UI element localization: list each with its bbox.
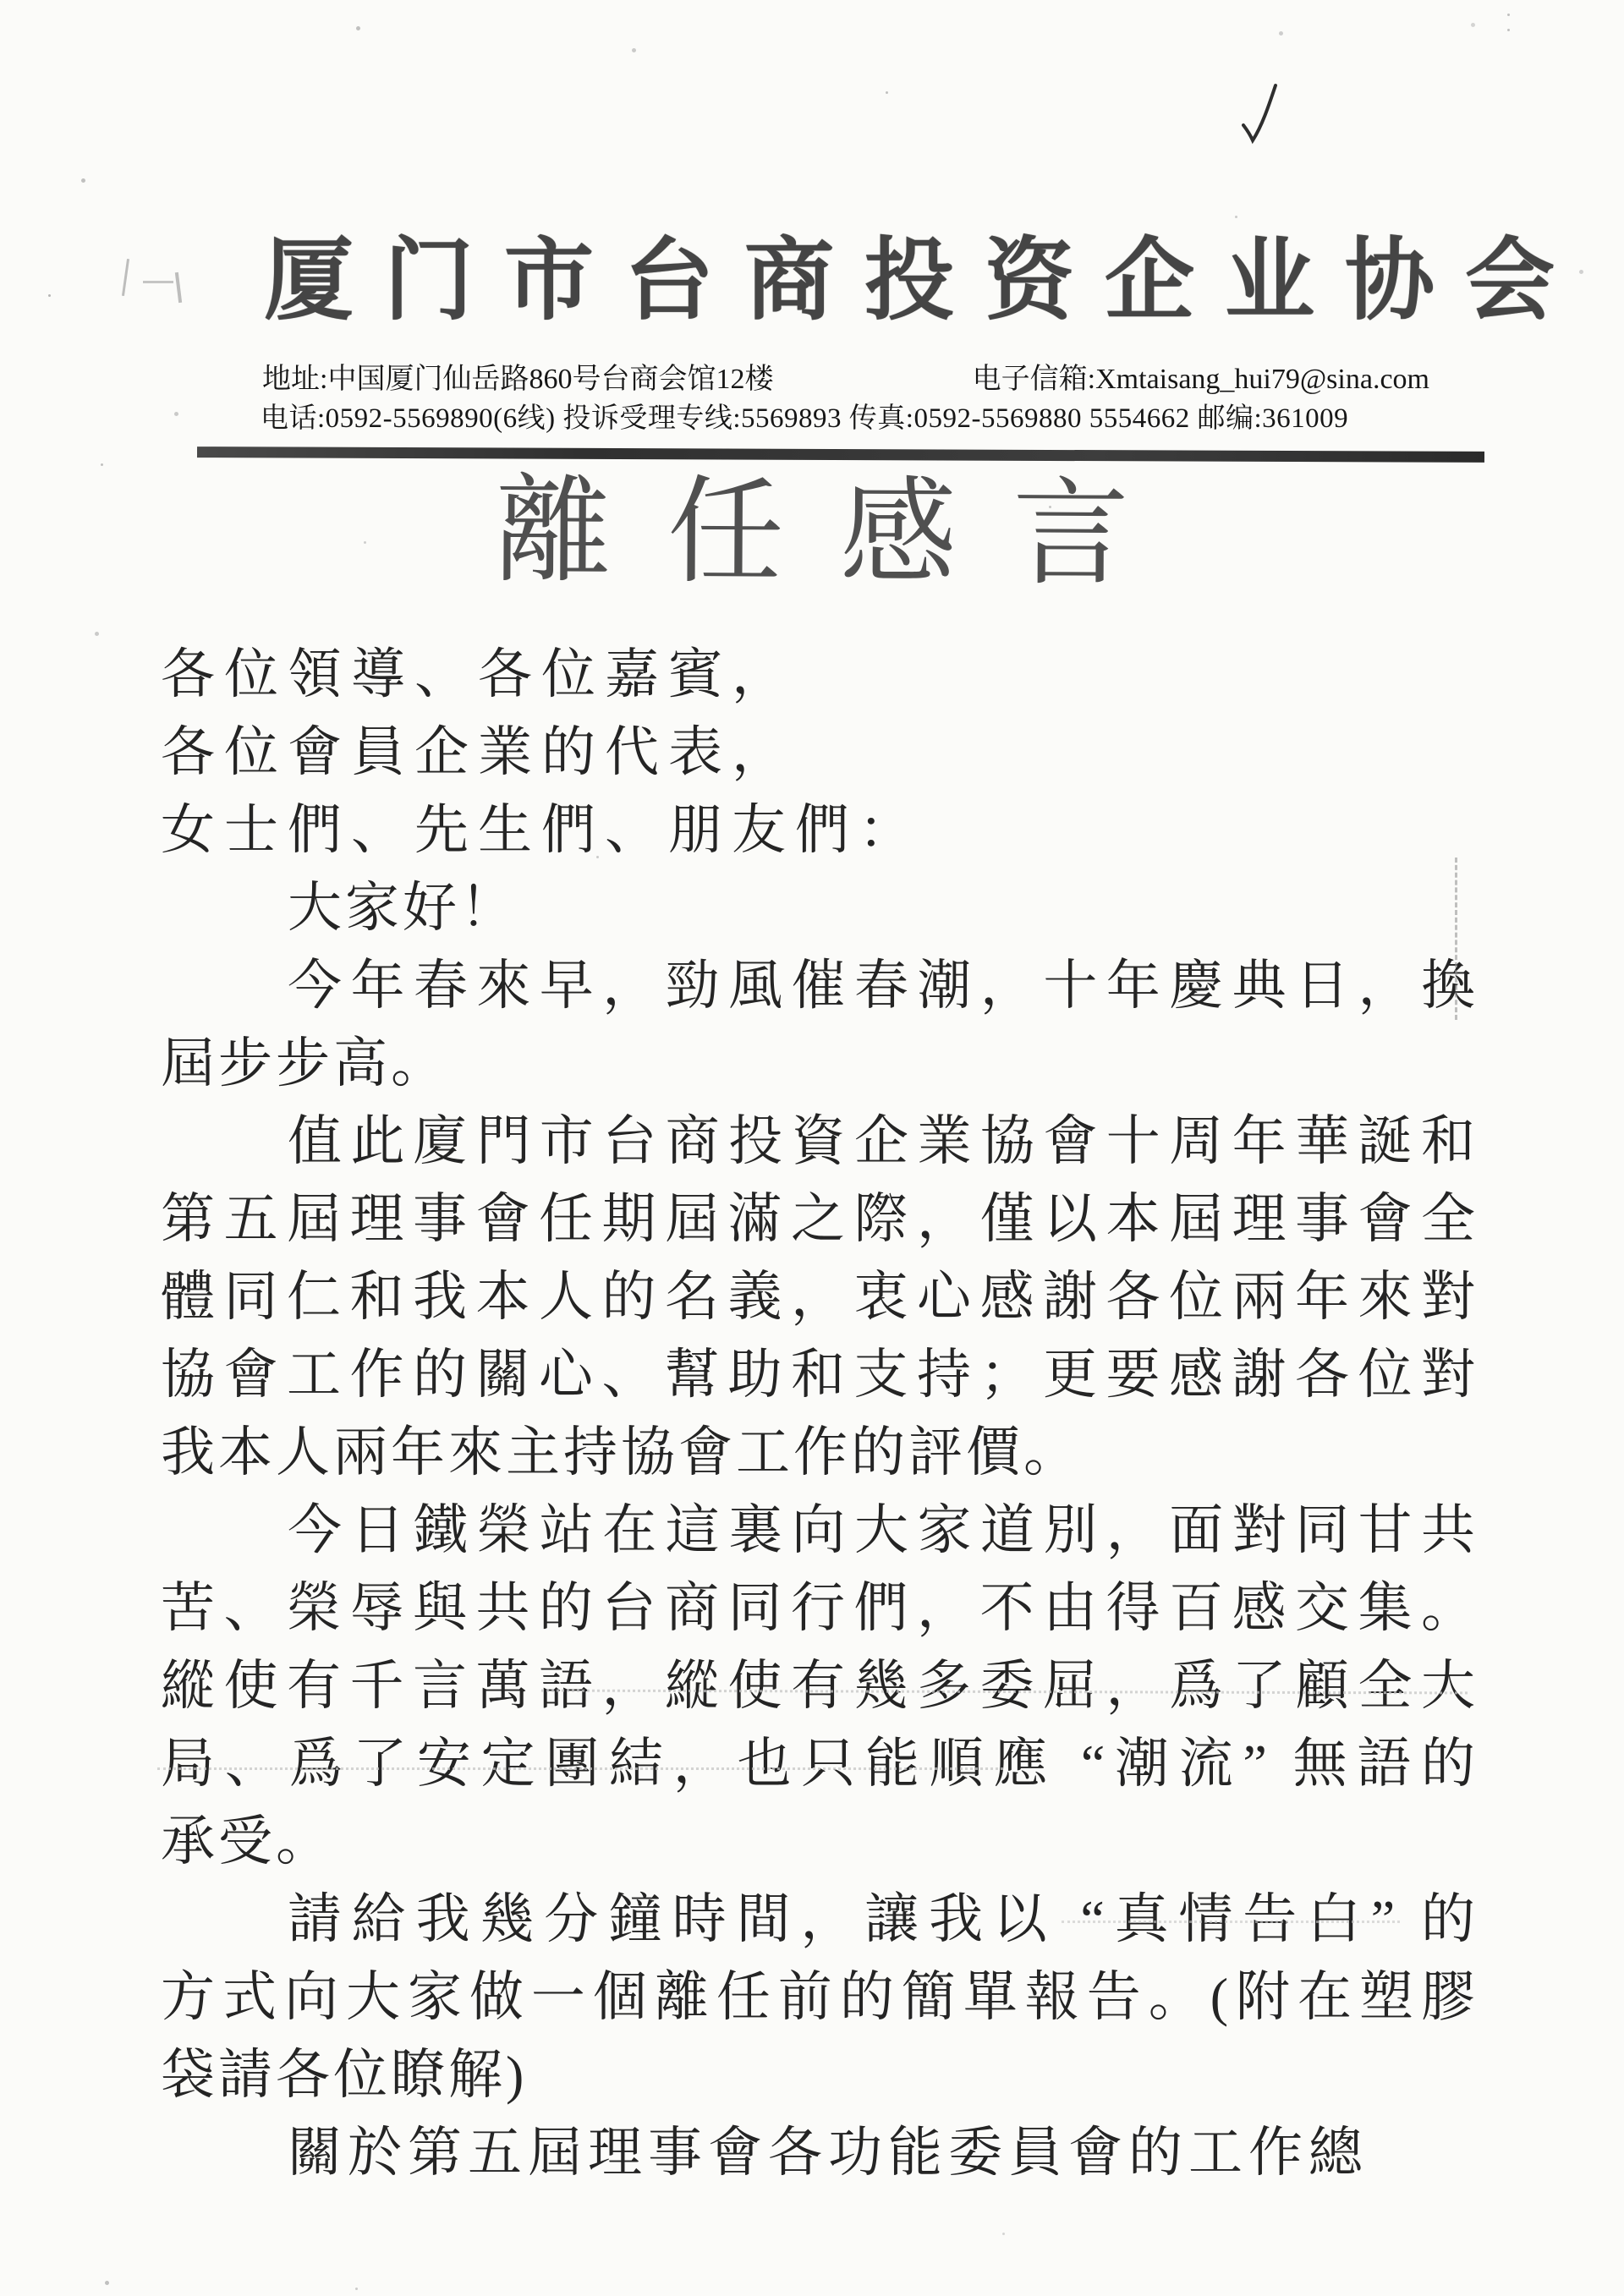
speech-line: 各位領導、各位嘉賓， — [161, 636, 1478, 714]
speech-line: 縱使有千言萬語，縱使有幾多委屈，爲了顧全大 — [161, 1647, 1478, 1725]
email-text: 电子信箱:Xmtaisang_hui79@sina.com — [973, 362, 1429, 397]
speech-line: 各位會員企業的代表， — [161, 714, 1478, 792]
speech-line: 協會工作的關心、幫助和支持；更要感謝各位對 — [161, 1336, 1478, 1414]
pen-checkmark-icon — [1242, 83, 1281, 145]
speech-line: 局、爲了安定團結，也只能順應 “潮流” 無語的 — [161, 1725, 1478, 1803]
pencil-smudge — [123, 247, 224, 327]
speech-line: 今日鐵榮站在這裏向大家道別，面對同甘共 — [161, 1492, 1478, 1570]
speech-line: 苦、榮辱與共的台商同行們，不由得百感交集。 — [161, 1570, 1478, 1647]
contact-line-1: 地址:中国厦门仙岳路860号台商会馆12楼 电子信箱:Xmtaisang_hui… — [262, 362, 1429, 397]
speech-line: 請給我幾分鐘時間，讓我以 “真情告白” 的 — [161, 1881, 1478, 1959]
speech-line: 大家好！ — [161, 869, 1478, 947]
organization-name: 厦门市台商投资企业协会 — [264, 235, 1585, 328]
speech-line: 今年春來早，勁風催春潮，十年慶典日，換 — [161, 947, 1478, 1025]
speech-line: 關於第五屆理事會各功能委員會的工作總 — [161, 2114, 1478, 2192]
speech-line: 體同仁和我本人的名義，衷心感謝各位兩年來對 — [161, 1258, 1478, 1336]
document-title: 離任感言 — [0, 466, 1624, 601]
speech-line: 女士們、先生們、朋友們： — [161, 792, 1478, 869]
address-text: 地址:中国厦门仙岳路860号台商会馆12楼 — [262, 362, 773, 397]
speech-line: 我本人兩年來主持協會工作的評價。 — [161, 1414, 1478, 1492]
speech-line: 第五屆理事會任期屆滿之際，僅以本屆理事會全 — [161, 1181, 1478, 1258]
speech-line: 屆步步高。 — [161, 1025, 1478, 1103]
speech-body: 各位領導、各位嘉賓， 各位會員企業的代表， 女士們、先生們、朋友們： 大家好！ … — [161, 636, 1478, 2192]
scan-artifact-streak — [157, 1767, 1003, 1770]
scan-artifact-vertical-dashes — [1455, 858, 1457, 1020]
phone-fax-line: 电话:0592-5569890(6线) 投诉受理专线:5569893 传真:05… — [261, 401, 1462, 436]
speech-line: 方式向大家做一個離任前的簡單報告。(附在塑膠 — [161, 1959, 1478, 2036]
speech-line: 袋請各位瞭解) — [161, 2036, 1478, 2114]
scanned-document-page: 厦门市台商投资企业协会 地址:中国厦门仙岳路860号台商会馆12楼 电子信箱:X… — [0, 0, 1624, 2296]
divider-rule — [197, 447, 1484, 463]
speech-line: 值此廈門市台商投資企業協會十周年華誕和 — [161, 1103, 1478, 1181]
speech-line: 承受。 — [161, 1803, 1478, 1881]
scan-artifact-streak — [1062, 1921, 1400, 1923]
scan-dust-specks — [0, 0, 3, 3]
